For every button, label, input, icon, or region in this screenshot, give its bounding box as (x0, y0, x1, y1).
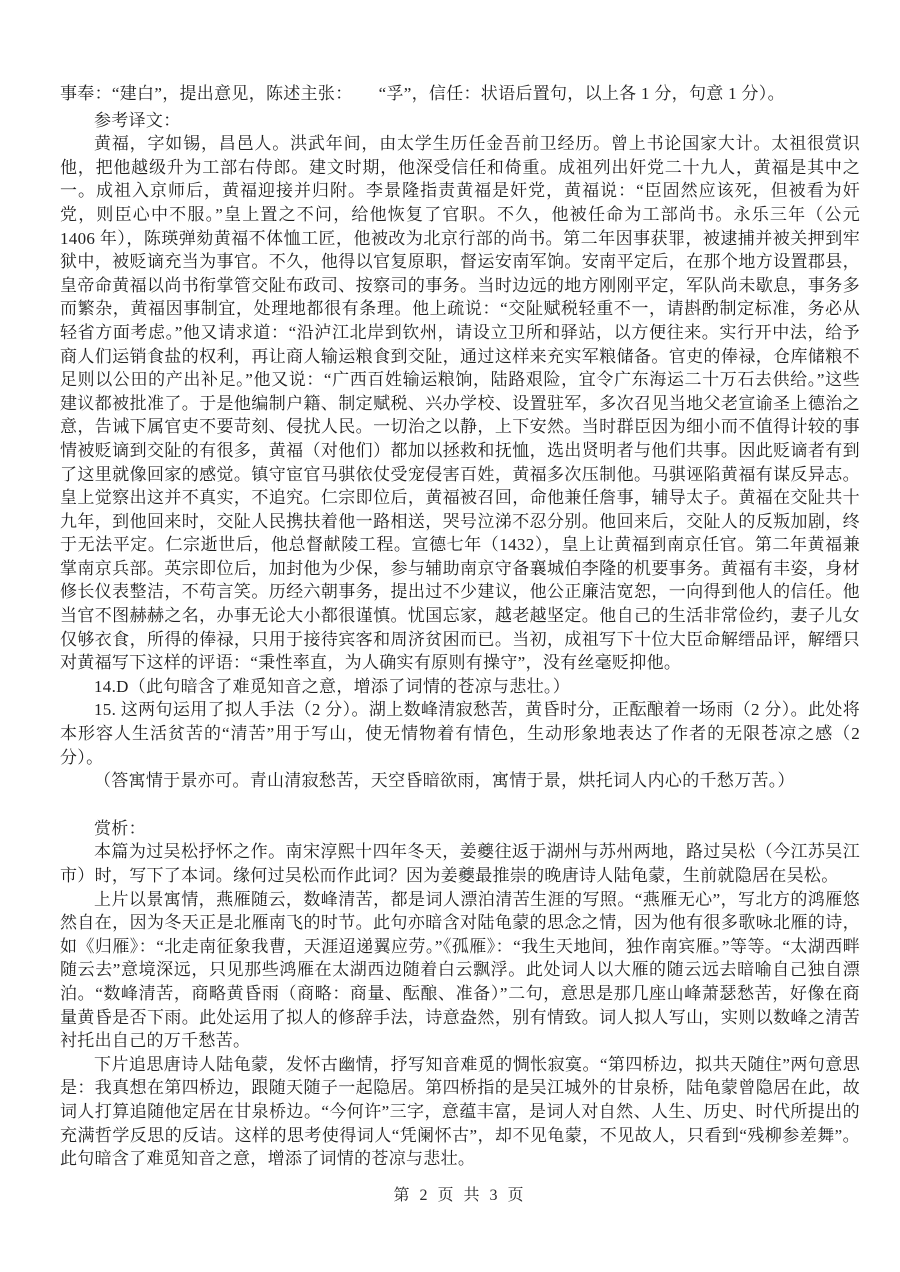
answer-15-alternative-note: （答寓情于景亦可。青山清寂愁苦，天空昏暗欲雨，寓情于景，烘托词人内心的千愁万苦。… (60, 769, 860, 793)
analysis-paragraph-background: 本篇为过吴松抒怀之作。南宋淳熙十四年冬天，姜夔往返于湖州与苏州两地，路过吴松（今… (60, 840, 860, 887)
answer-13-continuation: 事奉：“建白”，提出意见，陈述主张： “孚”，信任：状语后置句，以上各 1 分，… (60, 82, 860, 106)
document-page: 事奉：“建白”，提出意见，陈述主张： “孚”，信任：状语后置句，以上各 1 分，… (0, 0, 900, 1272)
answer-14: 14.D（此句暗含了难觅知音之意，增添了词情的苍凉与悲壮。） (60, 675, 860, 699)
reference-translation-body: 黄福，字如锡，昌邑人。洪武年间，由太学生历任金吾前卫经历。曾上书论国家大计。太祖… (60, 132, 860, 675)
analysis-paragraph-upper-stanza: 上片以景寓情，燕雁随云，数峰清苦，都是词人漂泊清苦生涯的写照。“燕雁无心”，写北… (60, 888, 860, 1053)
analysis-paragraph-lower-stanza: 下片追思唐诗人陆龟蒙，发怀古幽情，抒写知音难觅的惆怅寂寞。“第四桥边，拟共天随住… (60, 1053, 860, 1171)
page-number-footer: 第 2 页 共 3 页 (60, 1184, 860, 1208)
analysis-heading: 赏析： (60, 817, 860, 841)
answer-15: 15. 这两句运用了拟人手法（2 分）。湖上数峰清寂愁苦，黄昏时分，正酝酿着一场… (60, 698, 860, 769)
reference-translation-heading: 参考译文： (60, 109, 860, 133)
